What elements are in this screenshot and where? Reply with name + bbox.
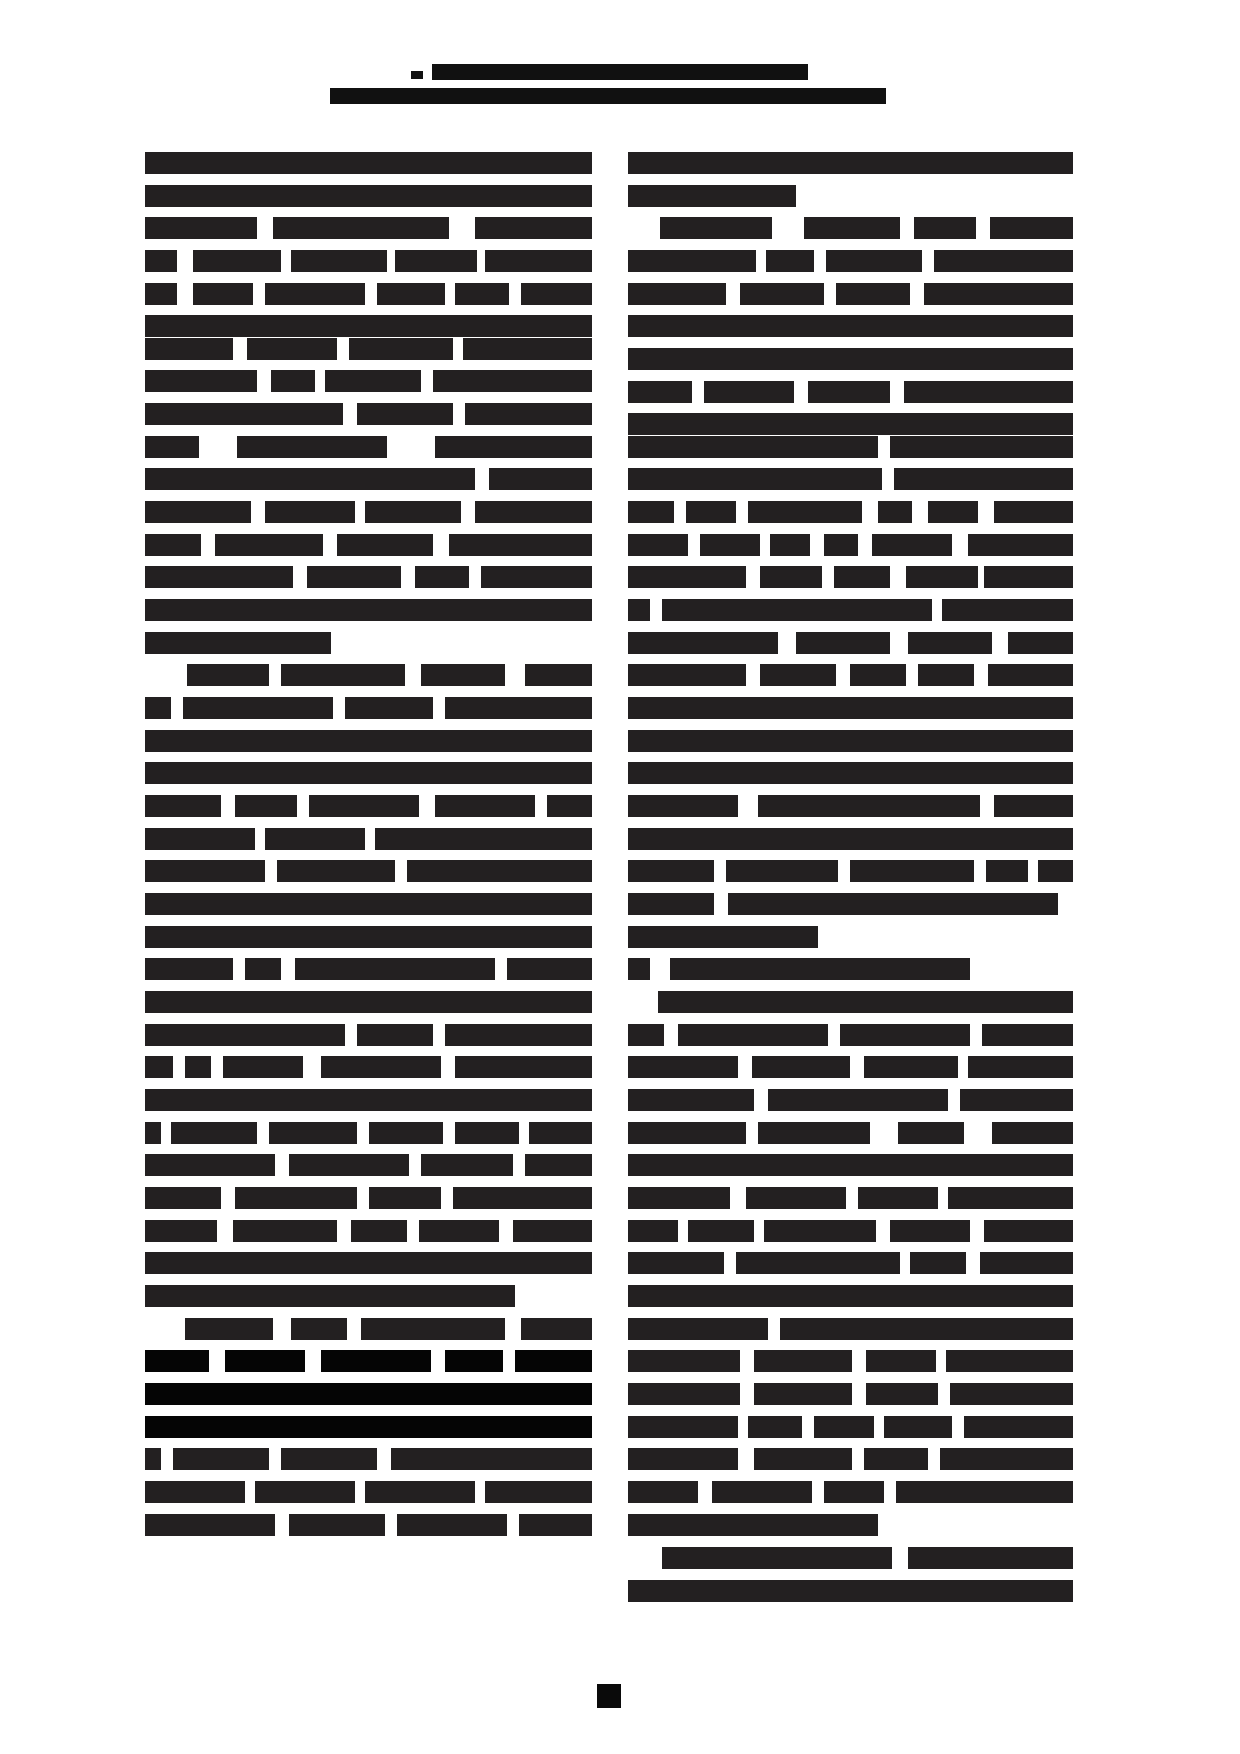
word-redacted <box>628 1416 738 1438</box>
word-redacted <box>145 893 592 915</box>
word-redacted <box>145 338 233 360</box>
word-redacted <box>628 860 714 882</box>
word-redacted <box>349 338 453 360</box>
text-line-redacted <box>145 1383 592 1405</box>
word-redacted <box>281 664 405 686</box>
word-redacted <box>628 152 1073 174</box>
text-line-redacted <box>628 926 1073 948</box>
word-redacted <box>237 436 387 458</box>
text-line-redacted <box>145 283 592 305</box>
word-redacted <box>914 217 976 239</box>
text-line-redacted <box>145 762 592 784</box>
word-redacted <box>628 534 688 556</box>
word-redacted <box>990 217 1073 239</box>
word-redacted <box>628 828 1073 850</box>
word-redacted <box>836 283 910 305</box>
word-redacted <box>628 599 650 621</box>
word-redacted <box>780 1318 1073 1340</box>
word-redacted <box>357 403 453 425</box>
text-line-redacted <box>145 1350 592 1372</box>
word-redacted <box>255 1481 355 1503</box>
text-line-redacted <box>628 348 1073 370</box>
word-redacted <box>145 185 592 207</box>
word-redacted <box>850 860 974 882</box>
word-redacted <box>760 566 822 588</box>
word-redacted <box>960 1089 1073 1111</box>
word-redacted <box>712 1481 812 1503</box>
word-redacted <box>754 1350 852 1372</box>
word-redacted <box>145 762 592 784</box>
text-line-redacted <box>628 1318 1073 1340</box>
word-redacted <box>145 599 592 621</box>
word-redacted <box>754 1383 852 1405</box>
word-redacted <box>171 1122 257 1144</box>
word-redacted <box>145 436 199 458</box>
text-line-redacted <box>628 468 1073 490</box>
text-line-redacted <box>628 730 1073 752</box>
paper-title-redacted <box>432 64 808 80</box>
word-redacted <box>365 501 461 523</box>
word-redacted <box>435 436 592 458</box>
word-redacted <box>145 1089 592 1111</box>
word-redacted <box>628 1122 746 1144</box>
text-line-redacted <box>628 664 1073 686</box>
word-redacted <box>992 1122 1073 1144</box>
word-redacted <box>525 1154 592 1176</box>
word-redacted <box>628 501 674 523</box>
word-redacted <box>145 1122 161 1144</box>
word-redacted <box>395 250 477 272</box>
word-redacted <box>475 217 592 239</box>
word-redacted <box>910 1252 966 1274</box>
word-redacted <box>145 534 201 556</box>
word-redacted <box>245 958 281 980</box>
word-redacted <box>289 1154 409 1176</box>
text-line-redacted <box>628 381 1073 403</box>
text-line-redacted <box>628 413 1073 435</box>
text-line-redacted <box>145 1187 592 1209</box>
word-redacted <box>187 664 269 686</box>
word-redacted <box>365 1481 475 1503</box>
word-redacted <box>433 370 592 392</box>
word-redacted <box>662 1547 892 1569</box>
word-redacted <box>1038 860 1073 882</box>
word-redacted <box>273 217 449 239</box>
word-redacted <box>145 250 177 272</box>
word-redacted <box>770 534 810 556</box>
word-redacted <box>277 860 395 882</box>
word-redacted <box>391 1448 592 1470</box>
text-line-redacted <box>628 1024 1073 1046</box>
word-redacted <box>890 436 1073 458</box>
word-redacted <box>628 1350 740 1372</box>
word-redacted <box>864 1448 928 1470</box>
word-redacted <box>455 1056 592 1078</box>
text-line-redacted <box>628 1089 1073 1111</box>
text-line-redacted <box>628 599 1073 621</box>
word-redacted <box>295 958 495 980</box>
text-line-redacted <box>145 315 592 337</box>
word-redacted <box>269 1122 357 1144</box>
word-redacted <box>375 828 592 850</box>
word-redacted <box>934 250 1073 272</box>
word-redacted <box>291 250 387 272</box>
word-redacted <box>704 381 794 403</box>
word-redacted <box>271 370 315 392</box>
word-redacted <box>824 1481 884 1503</box>
word-redacted <box>445 1350 503 1372</box>
word-redacted <box>748 501 862 523</box>
text-line-redacted <box>145 893 592 915</box>
text-line-redacted <box>628 1350 1073 1372</box>
text-line-redacted <box>628 250 1073 272</box>
word-redacted <box>185 1056 211 1078</box>
text-line-redacted <box>628 697 1073 719</box>
word-redacted <box>145 315 592 337</box>
text-line-redacted <box>145 958 592 980</box>
text-line-redacted <box>628 1448 1073 1470</box>
word-redacted <box>321 1350 431 1372</box>
text-line-redacted <box>145 1481 592 1503</box>
word-redacted <box>628 1514 878 1536</box>
text-line-redacted <box>145 697 592 719</box>
word-redacted <box>752 1056 850 1078</box>
word-redacted <box>628 1154 1073 1176</box>
word-redacted <box>796 632 890 654</box>
paper-page <box>0 0 1240 1754</box>
word-redacted <box>463 338 592 360</box>
word-redacted <box>826 250 922 272</box>
word-redacted <box>223 1056 303 1078</box>
word-redacted <box>145 632 331 654</box>
word-redacted <box>628 1481 698 1503</box>
word-redacted <box>145 1252 592 1274</box>
text-line-redacted <box>628 152 1073 174</box>
text-line-redacted <box>145 468 592 490</box>
word-redacted <box>994 501 1073 523</box>
word-redacted <box>145 1220 217 1242</box>
word-redacted <box>984 1220 1073 1242</box>
word-redacted <box>982 1024 1073 1046</box>
text-line-redacted <box>145 1416 592 1438</box>
text-line-redacted <box>628 1187 1073 1209</box>
word-redacted <box>768 1089 948 1111</box>
word-redacted <box>193 250 281 272</box>
word-redacted <box>678 1024 828 1046</box>
word-redacted <box>866 1350 936 1372</box>
word-redacted <box>628 762 1073 784</box>
word-redacted <box>421 664 505 686</box>
word-redacted <box>435 795 535 817</box>
word-redacted <box>145 1481 245 1503</box>
word-redacted <box>145 1285 515 1307</box>
text-line-redacted <box>628 1481 1073 1503</box>
word-redacted <box>628 1252 724 1274</box>
text-line-redacted <box>628 1122 1073 1144</box>
text-line-redacted <box>145 338 592 360</box>
word-redacted <box>235 795 297 817</box>
word-redacted <box>628 566 746 588</box>
word-redacted <box>948 1187 1073 1209</box>
word-redacted <box>670 958 970 980</box>
word-redacted <box>628 1318 768 1340</box>
word-redacted <box>485 1481 592 1503</box>
word-redacted <box>145 1187 221 1209</box>
word-redacted <box>173 1448 269 1470</box>
text-line-redacted <box>145 1318 592 1340</box>
word-redacted <box>866 1383 938 1405</box>
text-line-redacted <box>628 1220 1073 1242</box>
text-line-redacted <box>628 1056 1073 1078</box>
text-line-redacted <box>628 283 1073 305</box>
word-redacted <box>898 1122 964 1144</box>
word-redacted <box>289 1514 385 1536</box>
text-line-redacted <box>145 1056 592 1078</box>
word-redacted <box>507 958 592 980</box>
text-line-redacted <box>145 730 592 752</box>
text-line-redacted <box>145 501 592 523</box>
word-redacted <box>628 926 818 948</box>
word-redacted <box>628 250 756 272</box>
text-line-redacted <box>628 185 1073 207</box>
word-redacted <box>740 283 824 305</box>
text-line-redacted <box>145 152 592 174</box>
word-redacted <box>942 599 1073 621</box>
word-redacted <box>906 566 978 588</box>
word-redacted <box>628 664 746 686</box>
word-redacted <box>337 534 433 556</box>
text-line-redacted <box>145 599 592 621</box>
word-redacted <box>658 991 1073 1013</box>
text-line-redacted <box>145 926 592 948</box>
word-redacted <box>662 599 932 621</box>
word-redacted <box>766 250 814 272</box>
word-redacted <box>628 1580 1073 1602</box>
word-redacted <box>628 1187 730 1209</box>
word-redacted <box>834 566 890 588</box>
word-redacted <box>628 1383 740 1405</box>
word-redacted <box>421 1154 513 1176</box>
text-line-redacted <box>628 1154 1073 1176</box>
word-redacted <box>758 1122 870 1144</box>
word-redacted <box>455 283 509 305</box>
word-redacted <box>858 1187 938 1209</box>
word-redacted <box>145 501 251 523</box>
word-redacted <box>369 1187 441 1209</box>
word-redacted <box>193 283 253 305</box>
word-redacted <box>145 152 592 174</box>
word-redacted <box>950 1383 1073 1405</box>
text-line-redacted <box>628 1580 1073 1602</box>
word-redacted <box>686 501 736 523</box>
word-redacted <box>804 217 900 239</box>
word-redacted <box>890 1220 970 1242</box>
word-redacted <box>872 534 952 556</box>
word-redacted <box>894 468 1073 490</box>
text-line-redacted <box>145 795 592 817</box>
word-redacted <box>1008 632 1073 654</box>
word-redacted <box>940 1448 1073 1470</box>
word-redacted <box>145 217 257 239</box>
word-redacted <box>145 1448 161 1470</box>
word-redacted <box>449 534 592 556</box>
word-redacted <box>489 468 592 490</box>
word-redacted <box>145 1024 345 1046</box>
page-number-redacted <box>597 1684 621 1708</box>
text-line-redacted <box>145 370 592 392</box>
word-redacted <box>419 1220 499 1242</box>
word-redacted <box>183 697 333 719</box>
word-redacted <box>896 1481 1073 1503</box>
word-redacted <box>984 566 1073 588</box>
word-redacted <box>628 436 878 458</box>
word-redacted <box>309 795 419 817</box>
text-line-redacted <box>145 403 592 425</box>
text-line-redacted <box>628 860 1073 882</box>
text-line-redacted <box>628 762 1073 784</box>
word-redacted <box>513 1220 592 1242</box>
text-line-redacted <box>628 795 1073 817</box>
word-redacted <box>145 1416 592 1438</box>
text-line-redacted <box>145 534 592 556</box>
word-redacted <box>521 283 592 305</box>
word-redacted <box>321 1056 441 1078</box>
word-redacted <box>764 1220 876 1242</box>
word-redacted <box>660 217 772 239</box>
text-line-redacted <box>145 1122 592 1144</box>
text-line-redacted <box>628 1285 1073 1307</box>
word-redacted <box>808 381 890 403</box>
text-line-redacted <box>145 1448 592 1470</box>
word-redacted <box>700 534 760 556</box>
word-redacted <box>145 926 592 948</box>
word-redacted <box>628 283 726 305</box>
word-redacted <box>628 381 692 403</box>
word-redacted <box>628 730 1073 752</box>
word-redacted <box>515 1350 592 1372</box>
word-redacted <box>485 250 592 272</box>
text-line-redacted <box>145 1089 592 1111</box>
word-redacted <box>758 795 980 817</box>
word-redacted <box>397 1514 507 1536</box>
text-line-redacted <box>628 566 1073 588</box>
word-redacted <box>453 1187 592 1209</box>
word-redacted <box>928 501 978 523</box>
word-redacted <box>345 697 433 719</box>
text-line-redacted <box>628 436 1073 458</box>
word-redacted <box>628 893 714 915</box>
word-redacted <box>628 413 1073 435</box>
word-redacted <box>628 1448 738 1470</box>
text-line-redacted <box>628 315 1073 337</box>
text-line-redacted <box>628 534 1073 556</box>
word-redacted <box>980 1252 1073 1274</box>
word-redacted <box>824 534 858 556</box>
word-redacted <box>628 697 1073 719</box>
word-redacted <box>814 1416 874 1438</box>
word-redacted <box>529 1122 592 1144</box>
word-redacted <box>968 534 1073 556</box>
word-redacted <box>904 381 1073 403</box>
word-redacted <box>908 632 992 654</box>
word-redacted <box>736 1252 900 1274</box>
word-redacted <box>628 1024 664 1046</box>
word-redacted <box>145 828 255 850</box>
word-redacted <box>145 403 343 425</box>
text-line-redacted <box>628 893 1073 915</box>
word-redacted <box>415 566 469 588</box>
word-redacted <box>455 1122 519 1144</box>
word-redacted <box>628 348 1073 370</box>
word-redacted <box>291 1318 347 1340</box>
text-line-redacted <box>628 958 1073 980</box>
word-redacted <box>377 283 445 305</box>
word-redacted <box>215 534 323 556</box>
word-redacted <box>519 1514 592 1536</box>
word-redacted <box>748 1416 802 1438</box>
text-line-redacted <box>628 632 1073 654</box>
word-redacted <box>265 501 355 523</box>
word-redacted <box>754 1448 852 1470</box>
word-redacted <box>760 664 836 686</box>
word-redacted <box>728 893 1058 915</box>
text-line-redacted <box>628 1514 1073 1536</box>
word-redacted <box>357 1024 433 1046</box>
word-redacted <box>986 860 1028 882</box>
word-redacted <box>145 1154 275 1176</box>
word-redacted <box>145 860 265 882</box>
text-line-redacted <box>628 1383 1073 1405</box>
text-line-redacted <box>628 217 1073 239</box>
word-redacted <box>968 1056 1073 1078</box>
word-redacted <box>628 1285 1073 1307</box>
word-redacted <box>145 730 592 752</box>
text-line-redacted <box>145 991 592 1013</box>
word-redacted <box>465 403 592 425</box>
word-redacted <box>628 1220 678 1242</box>
word-redacted <box>628 632 778 654</box>
text-line-redacted <box>145 217 592 239</box>
word-redacted <box>265 283 365 305</box>
text-line-redacted <box>628 1416 1073 1438</box>
word-redacted <box>265 828 365 850</box>
word-redacted <box>884 1416 952 1438</box>
text-line-redacted <box>145 632 592 654</box>
word-redacted <box>864 1056 958 1078</box>
word-redacted <box>145 283 177 305</box>
word-redacted <box>628 468 882 490</box>
word-redacted <box>878 501 912 523</box>
text-line-redacted <box>145 1285 592 1307</box>
word-redacted <box>628 1056 738 1078</box>
text-line-redacted <box>145 436 592 458</box>
word-redacted <box>145 1350 209 1372</box>
word-redacted <box>445 1024 592 1046</box>
word-redacted <box>225 1350 305 1372</box>
text-line-redacted <box>145 860 592 882</box>
word-redacted <box>481 566 592 588</box>
word-redacted <box>325 370 421 392</box>
word-redacted <box>145 1514 275 1536</box>
word-redacted <box>850 664 906 686</box>
word-redacted <box>525 664 592 686</box>
word-redacted <box>145 566 293 588</box>
word-redacted <box>145 370 257 392</box>
word-redacted <box>924 283 1073 305</box>
word-redacted <box>628 958 650 980</box>
word-redacted <box>307 566 401 588</box>
paper-subtitle-redacted <box>330 88 886 104</box>
